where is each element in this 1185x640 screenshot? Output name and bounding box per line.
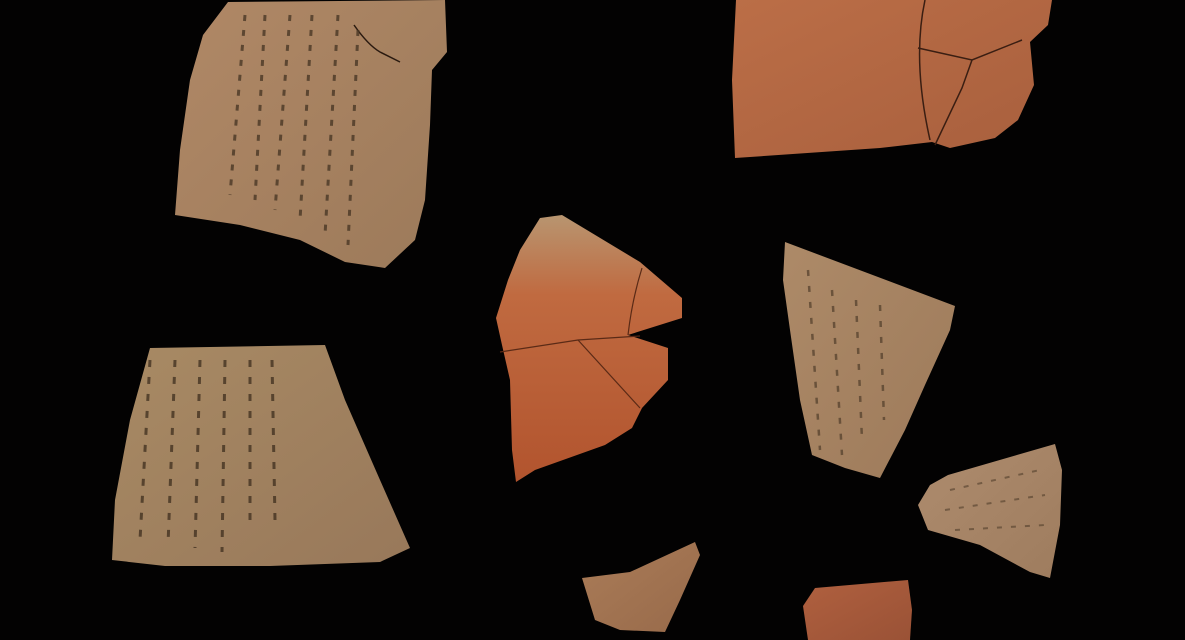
center-red-ostracon [496, 215, 682, 482]
bottom-right-red-ostracon [803, 580, 912, 640]
photo-background [0, 0, 1185, 640]
small-right-ostracon [918, 444, 1062, 578]
ostraca-photo [0, 0, 1185, 640]
bottom-left-ostracon [112, 345, 410, 566]
top-right-ostracon [732, 0, 1052, 158]
top-left-ostracon [175, 0, 447, 268]
middle-right-ostracon [783, 242, 955, 478]
bottom-center-ostracon [582, 542, 700, 632]
